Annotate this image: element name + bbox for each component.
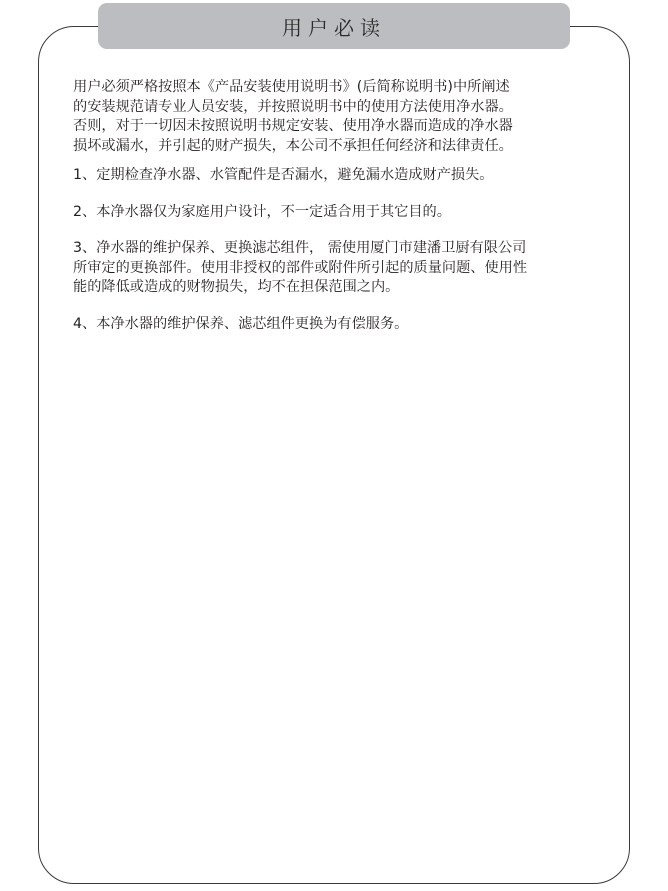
notice-item-4: 4、本净水器的维护保养、滤芯组件更换为有偿服务。 bbox=[73, 315, 613, 335]
item-line: 3、净水器的维护保养、更换滤芯组件， 需使用厦门市建潘卫厨有限公司 bbox=[73, 239, 613, 259]
notice-content: 用户必须严格按照本《产品安装使用说明书》(后简称说明书)中所阐述 的安装规范请专… bbox=[73, 78, 613, 334]
intro-paragraph: 用户必须严格按照本《产品安装使用说明书》(后简称说明书)中所阐述 的安装规范请专… bbox=[73, 78, 613, 156]
title-banner: 用户必读 bbox=[98, 3, 570, 49]
item-line: 1、定期检查净水器、水管配件是否漏水，避免漏水造成财产损失。 bbox=[73, 166, 613, 186]
page-title: 用户必读 bbox=[282, 12, 386, 41]
item-line: 4、本净水器的维护保养、滤芯组件更换为有偿服务。 bbox=[73, 315, 613, 335]
item-line: 能的降低或造成的财物损失，均不在担保范围之内。 bbox=[73, 278, 613, 298]
notice-item-3: 3、净水器的维护保养、更换滤芯组件， 需使用厦门市建潘卫厨有限公司 所审定的更换… bbox=[73, 239, 613, 298]
item-line: 2、本净水器仅为家庭用户设计，不一定适合用于其它目的。 bbox=[73, 203, 613, 223]
item-line: 所审定的更换部件。使用非授权的部件或附件所引起的质量问题、使用性 bbox=[73, 259, 613, 279]
notice-item-1: 1、定期检查净水器、水管配件是否漏水，避免漏水造成财产损失。 bbox=[73, 166, 613, 186]
intro-line: 用户必须严格按照本《产品安装使用说明书》(后简称说明书)中所阐述 bbox=[73, 78, 613, 98]
notice-item-2: 2、本净水器仅为家庭用户设计，不一定适合用于其它目的。 bbox=[73, 203, 613, 223]
intro-line: 的安装规范请专业人员安装，并按照说明书中的使用方法使用净水器。 bbox=[73, 98, 613, 118]
intro-line: 损坏或漏水，并引起的财产损失，本公司不承担任何经济和法律责任。 bbox=[73, 137, 613, 157]
intro-line: 否则，对于一切因未按照说明书规定安装、使用净水器而造成的净水器 bbox=[73, 117, 613, 137]
